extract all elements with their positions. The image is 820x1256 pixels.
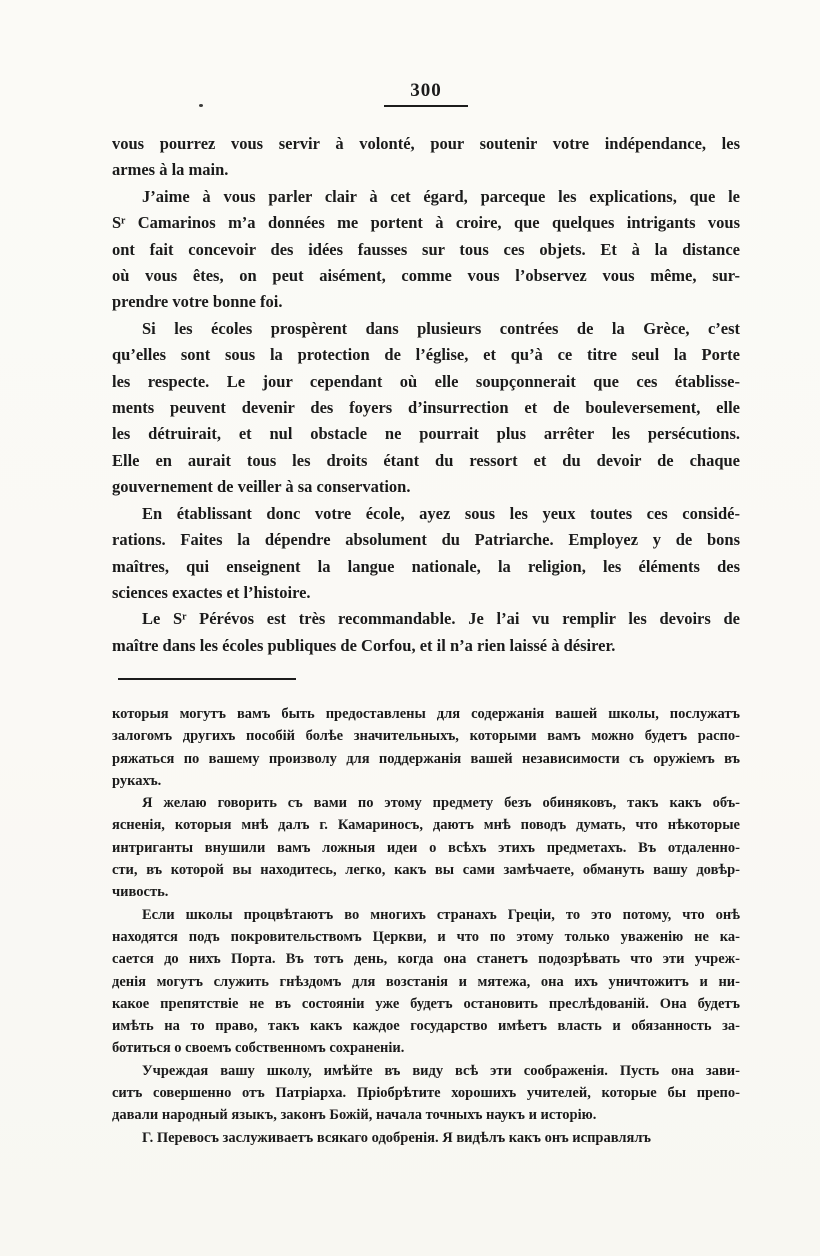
- text-line: Le Sʳ Pérévos est très recommandable. Je…: [112, 606, 740, 632]
- text-line: J’aime à vous parler clair à cet égard, …: [112, 184, 740, 210]
- text-line: où vous êtes, on peut aisément, comme vo…: [112, 263, 740, 289]
- text-line: интриганты внушили вамъ ложныя идеи о вс…: [112, 837, 740, 859]
- text-line: ситъ совершенно отъ Патріарха. Пріобрѣти…: [112, 1082, 740, 1104]
- text-line: рукахъ.: [112, 770, 740, 792]
- paragraph: Если школы процвѣтаютъ во многихъ страна…: [112, 904, 740, 1060]
- text-line: ясненія, которыя мнѣ далъ г. Камариносъ,…: [112, 814, 740, 836]
- text-line: Sʳ Camarinos m’a données me portent à cr…: [112, 210, 740, 236]
- paragraph: En établissant donc votre école, ayez so…: [112, 501, 740, 607]
- text-line: сти, въ которой вы находитесь, легко, ка…: [112, 859, 740, 881]
- text-line: Si les écoles prospèrent dans plusieurs …: [112, 316, 740, 342]
- book-page: { "page_number": "300", "main_paragraphs…: [0, 0, 820, 1256]
- text-line: которыя могутъ вамъ быть предоставлены д…: [112, 703, 740, 725]
- page-number: 300: [384, 80, 468, 107]
- text-line: qu’elles sont sous la protection de l’ég…: [112, 342, 740, 368]
- text-line: чивость.: [112, 881, 740, 903]
- text-line: maître dans les écoles publiques de Corf…: [112, 633, 740, 659]
- footnote-text-block: которыя могутъ вамъ быть предоставлены д…: [112, 703, 740, 1149]
- text-line: находятся подъ покровительствомъ Церкви,…: [112, 926, 740, 948]
- text-line: какое препятствіе не въ состояніи уже бу…: [112, 993, 740, 1015]
- paragraph: которыя могутъ вамъ быть предоставлены д…: [112, 703, 740, 792]
- text-line: sciences exactes et l’histoire.: [112, 580, 740, 606]
- text-line: Я желаю говорить съ вами по этому предме…: [112, 792, 740, 814]
- paragraph: Я желаю говорить съ вами по этому предме…: [112, 792, 740, 903]
- text-line: Г. Перевосъ заслуживаетъ всякаго одобрен…: [112, 1127, 740, 1149]
- paragraph: Le Sʳ Pérévos est très recommandable. Je…: [112, 606, 740, 659]
- text-line: les respecte. Le jour cependant où elle …: [112, 369, 740, 395]
- text-line: давали народный языкъ, законъ Божій, нач…: [112, 1104, 740, 1126]
- text-line: ряжаться по вашему произволу для поддерж…: [112, 748, 740, 770]
- text-line: rations. Faites la dépendre absolument d…: [112, 527, 740, 553]
- text-line: gouvernement de veiller à sa conservatio…: [112, 474, 740, 500]
- paragraph: vous pourrez vous servir à volonté, pour…: [112, 131, 740, 184]
- text-line: En établissant donc votre école, ayez so…: [112, 501, 740, 527]
- main-text-block: vous pourrez vous servir à volonté, pour…: [112, 131, 740, 659]
- page-header: 300: [112, 80, 740, 107]
- paragraph: Учреждая вашу школу, имѣйте въ виду всѣ …: [112, 1060, 740, 1127]
- paragraph: Si les écoles prospèrent dans plusieurs …: [112, 316, 740, 501]
- text-line: vous pourrez vous servir à volonté, pour…: [112, 131, 740, 157]
- text-line: prendre votre bonne foi.: [112, 289, 740, 315]
- paragraph: J’aime à vous parler clair à cet égard, …: [112, 184, 740, 316]
- text-line: сается до нихъ Порта. Въ тотъ день, когд…: [112, 948, 740, 970]
- text-line: ont fait concevoir des idées fausses sur…: [112, 237, 740, 263]
- text-line: Elle en aurait tous les droits étant du …: [112, 448, 740, 474]
- text-line: денія могутъ служить гнѣздомъ для возста…: [112, 971, 740, 993]
- text-line: залогомъ другихъ пособій болѣе значитель…: [112, 725, 740, 747]
- text-line: maîtres, qui enseignent la langue nation…: [112, 554, 740, 580]
- text-line: armes à la main.: [112, 157, 740, 183]
- text-line: ботиться о своемъ собственномъ сохранені…: [112, 1037, 740, 1059]
- text-line: Если школы процвѣтаютъ во многихъ страна…: [112, 904, 740, 926]
- paragraph: Г. Перевосъ заслуживаетъ всякаго одобрен…: [112, 1127, 740, 1149]
- ink-speck: [199, 104, 203, 107]
- text-line: ments peuvent devenir des foyers d’insur…: [112, 395, 740, 421]
- footnote-separator-rule: [118, 678, 296, 680]
- text-line: Учреждая вашу школу, имѣйте въ виду всѣ …: [112, 1060, 740, 1082]
- text-line: имѣть на то право, такъ какъ каждое госу…: [112, 1015, 740, 1037]
- text-line: les détruirait, et nul obstacle ne pourr…: [112, 421, 740, 447]
